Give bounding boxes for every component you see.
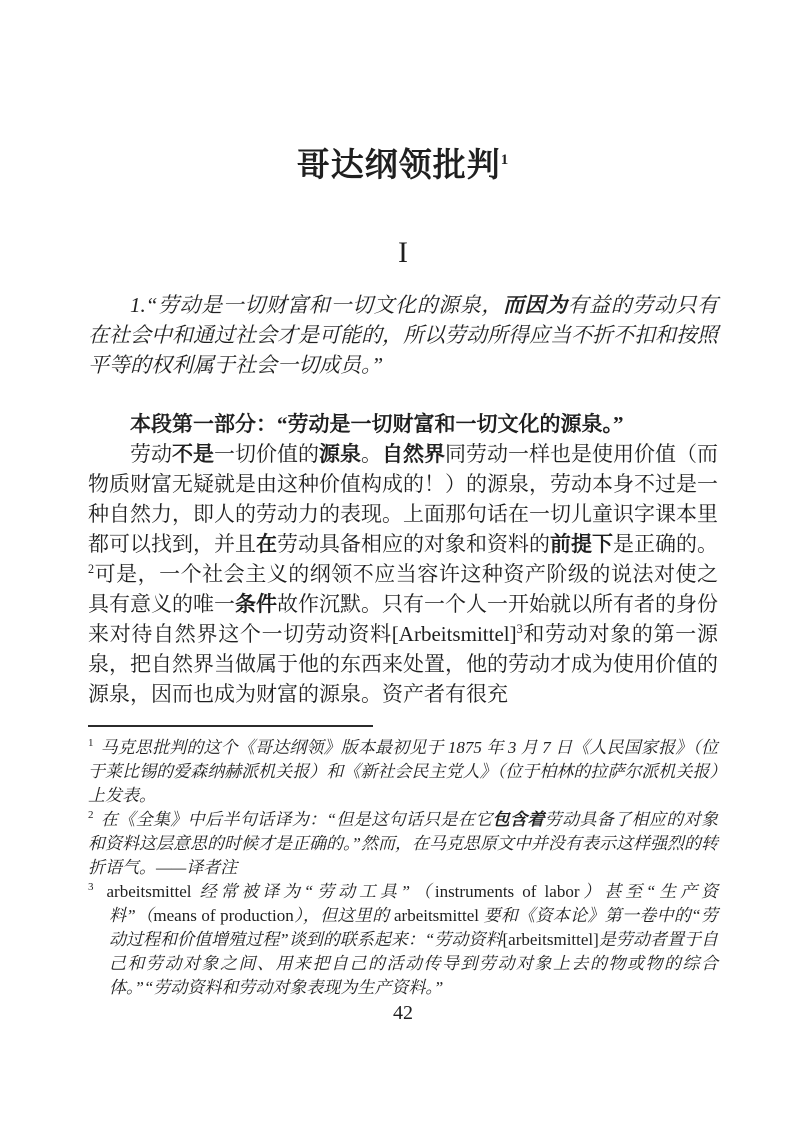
text-run: 条件 [235,592,277,616]
text-run: 源泉 [319,442,361,466]
footnote-marker: 3 [88,881,94,893]
text-run: 马克思批判的这个《哥达纲领》版本最初见于 1875 年 3 月 7 日《人民国家… [88,738,718,805]
paragraph: 劳动不是一切价值的源泉。自然界同劳动一样也是使用价值（而物质财富无疑就是由这种价… [88,439,718,709]
text-run: 自然界 [382,442,445,466]
footnote: 1马克思批判的这个《哥达纲领》版本最初见于 1875 年 3 月 7 日《人民国… [88,736,718,808]
text-run: 不是 [172,442,214,466]
document-page: 哥达纲领批判1 I 1.“劳动是一切财富和一切文化的源泉，而因为有益的劳动只有在… [0,0,800,1134]
text-run: 包含着 [493,810,545,829]
text-run: 是正确的。 [613,532,718,556]
text-run: 在《全集》中后半句话译为：“但是这句话只是在它 [101,810,493,829]
text-run: 。 [361,442,382,466]
page-number: 42 [88,1001,718,1025]
text-run: 而因为 [503,293,568,317]
text-run: 一切价值的 [214,442,319,466]
paragraph: 本段第一部分：“劳动是一切财富和一切文化的源泉。” [88,409,718,439]
footnote-section: 1马克思批判的这个《哥达纲领》版本最初见于 1875 年 3 月 7 日《人民国… [88,736,718,1000]
text-run: arbeitsmittel [107,882,192,901]
footnote-marker: 1 [88,737,94,749]
text-run: 前提下 [550,532,613,556]
body-text: 1.“劳动是一切财富和一切文化的源泉，而因为有益的劳动只有在社会中和通过社会才是… [88,290,718,709]
text-run: [arbeitsmittel] [503,930,599,949]
text-run: 本段第一部分：“劳动是一切财富和一切文化的源泉。” [130,412,624,436]
footnote-separator [88,725,373,727]
text-run: 在 [256,532,277,556]
text-run: means of production [153,906,293,925]
text-run: arbeitsmittel [394,906,479,925]
footnote: 3arbeitsmittel 经常被译为“劳动工具”（instruments o… [88,880,718,1000]
footnote: 2在《全集》中后半句话译为：“但是这句话只是在它包含着劳动具备了相应的对象和资料… [88,808,718,880]
section-heading: I [88,236,718,270]
title-text: 哥达纲领批判 [297,148,501,184]
text-run: 劳动 [130,442,172,466]
text-run: instruments of labor [435,882,580,901]
page-title: 哥达纲领批判1 [88,146,718,186]
footnote-marker: 2 [88,809,94,821]
text-run: 1.“劳动是一切财富和一切文化的源泉， [130,293,503,317]
title-footnote-ref: 1 [501,152,510,168]
text-run: 经常被译为“劳动工具”（ [191,882,434,901]
paragraph: 1.“劳动是一切财富和一切文化的源泉，而因为有益的劳动只有在社会中和通过社会才是… [88,290,718,380]
text-run: ），但这里的 [294,906,394,925]
text-run: 劳动具备相应的对象和资料的 [277,532,550,556]
